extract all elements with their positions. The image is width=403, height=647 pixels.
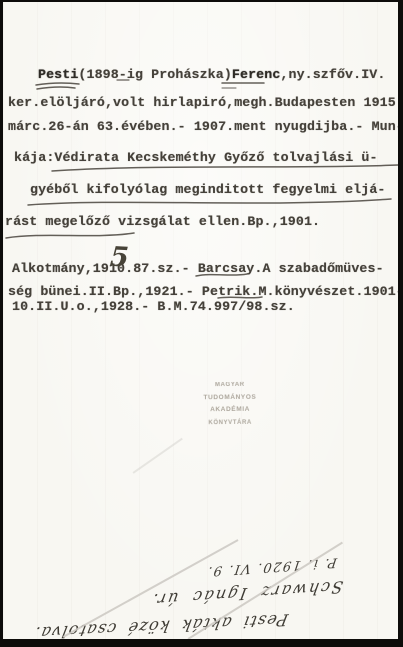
firstname-text: Ferenc [232,67,280,82]
typed-line-7: Alkotmány,1910.87.sz.- Barcsay.A szabadő… [12,261,384,276]
title-suffix-text: ,ny.szfőv.IV. [280,67,385,82]
scanned-catalog-card: Pesti(1898-ig Prohászka)Ferenc,ny.szfőv.… [0,0,403,647]
handwritten-filing-note: Pesti akták közé csatolva. [32,610,290,639]
typed-line-5: gyéből kifolyólag meginditott fegyelmi e… [30,182,386,197]
pesti-double-underline-top [36,83,79,85]
typed-line-4: kája:Védirata Kecskeméthy Győző tolvajlá… [14,150,378,165]
work-title-underline-line5 [28,199,391,205]
surname-text: Pesti [38,67,78,82]
typed-line-3: márc.26-án 63.évében.- 1907.ment nyugdij… [8,119,398,134]
typed-line-8: ség bünei.II.Bp.,1921.- Petrik.M.könyvés… [8,284,398,299]
handwritten-name-note: Schwarz Ignác úr. [149,577,344,610]
work-title-underline-line4 [52,165,398,171]
scratch-mark [133,438,183,474]
card-paper: Pesti(1898-ig Prohászka)Ferenc,ny.szfőv.… [3,2,398,639]
stamp-line-2: TUDOMÁNYOS AKADÉMIA [184,391,276,417]
former-name-text: (1898-ig Prohászka) [78,67,232,82]
typed-line-9: 10.II.U.o.,1928.- B.M.74.997/98.sz. [12,299,295,314]
handwritten-correction-five: 5 [109,242,129,274]
work-title-underline-line6 [6,233,134,238]
pesti-double-underline-bottom [37,87,75,89]
typed-line-2: ker.elöljáró,volt hirlapiró,megh.Budapes… [8,95,396,110]
typed-line-6: rást megelőző vizsgálat ellen.Bp.,1901. [5,214,320,229]
stamp-line-3: KÖNYVTÁRA [184,416,276,429]
stamp-line-1: MAGYAR [184,379,276,392]
typed-line-heading: Pesti(1898-ig Prohászka)Ferenc,ny.szfőv.… [38,67,385,82]
library-stamp: MAGYAR TUDOMÁNYOS AKADÉMIA KÖNYVTÁRA [184,379,276,430]
